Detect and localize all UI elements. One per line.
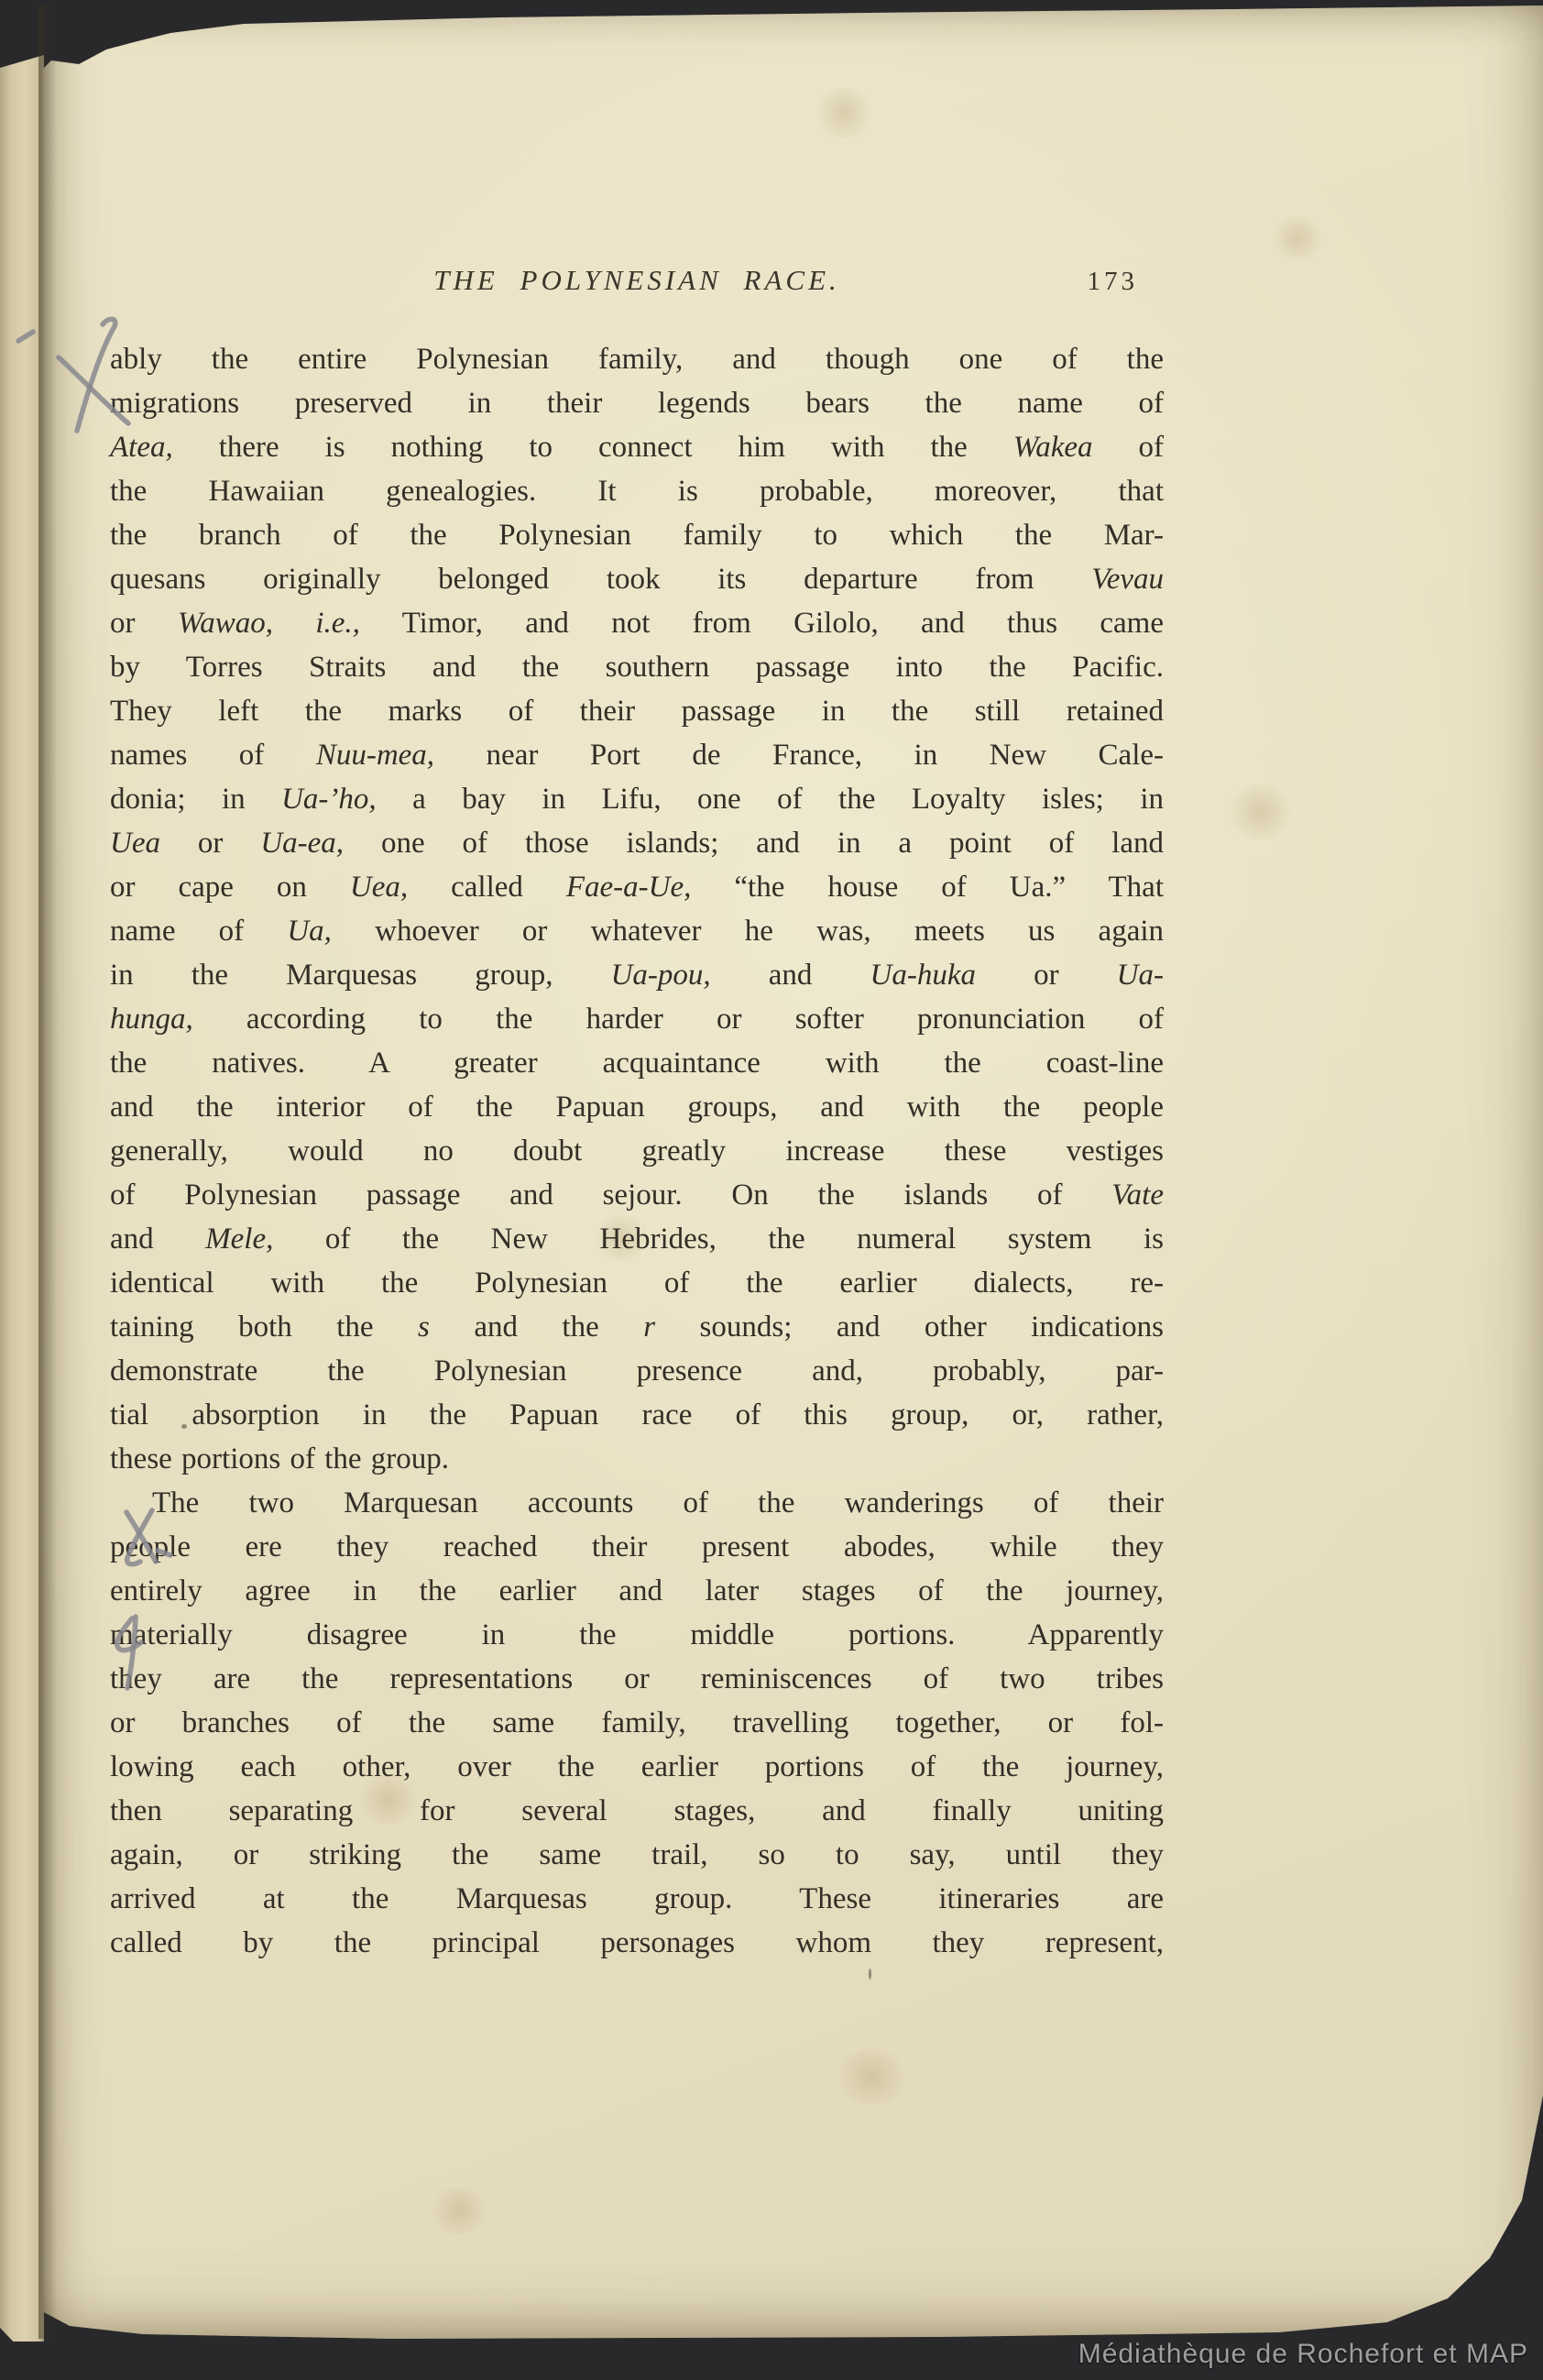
- italic-text: Ua-’ho,: [281, 783, 377, 816]
- text-line: name of Ua, whoever or whatever he was, …: [110, 909, 1164, 953]
- body-text: name of: [110, 915, 287, 948]
- body-text: they are the representations or reminisc…: [110, 1662, 1164, 1695]
- text-line: Atea, there is nothing to connect him wi…: [110, 425, 1164, 469]
- text-line: tial absorption in the Papuan race of th…: [110, 1393, 1164, 1437]
- body-text: donia; in: [110, 783, 281, 816]
- text-line: quesans originally belonged took its dep…: [110, 557, 1164, 601]
- text-line: they are the representations or reminisc…: [110, 1657, 1164, 1701]
- body-text: whoever or whatever he was, meets us aga…: [332, 915, 1164, 948]
- text-line: in the Marquesas group, Ua-pou, and Ua-h…: [110, 953, 1164, 997]
- paragraph: ably the entire Polynesian family, and t…: [110, 337, 1164, 1481]
- text-line: or Wawao, i.e., Timor, and not from Gilo…: [110, 601, 1164, 645]
- text-line: the natives. A greater acquaintance with…: [110, 1041, 1164, 1085]
- foxing-spot: [1270, 216, 1325, 260]
- body-text: then separating for several stages, and …: [110, 1794, 1164, 1827]
- body-text: of the New Hebrides, the numeral system …: [273, 1223, 1164, 1256]
- book-scan-photo: THE POLYNESIAN RACE. 173 ably the entire…: [0, 0, 1543, 2380]
- text-line: lowing each other, over the earlier port…: [110, 1745, 1164, 1789]
- text-line: identical with the Polynesian of the ear…: [110, 1261, 1164, 1305]
- body-text: by Torres Straits and the southern passa…: [110, 651, 1164, 684]
- text-line: donia; in Ua-’ho, a bay in Lifu, one of …: [110, 777, 1164, 821]
- stray-speck: [869, 1969, 871, 1980]
- italic-text: Wakea: [1013, 431, 1093, 464]
- body-text: called by the principal personages whom …: [110, 1926, 1164, 1959]
- body-text: arrived at the Marquesas group. These it…: [110, 1882, 1164, 1915]
- body-text: the Hawaiian genealogies. It is probable…: [110, 475, 1164, 508]
- body-text: names of: [110, 739, 316, 772]
- text-line: They left the marks of their passage in …: [110, 689, 1164, 733]
- italic-text: Ua-huka: [870, 959, 976, 992]
- text-line: again, or striking the same trail, so to…: [110, 1833, 1164, 1877]
- text-line: and Mele, of the New Hebrides, the numer…: [110, 1217, 1164, 1261]
- body-text: generally, would no doubt greatly increa…: [110, 1135, 1164, 1168]
- body-text: called: [408, 871, 566, 904]
- body-text: or cape on: [110, 871, 350, 904]
- italic-text: Ua-: [1117, 959, 1164, 992]
- text-line: by Torres Straits and the southern passa…: [110, 645, 1164, 689]
- foxing-spot: [427, 2187, 491, 2234]
- body-text: ably the entire Polynesian family, and t…: [110, 343, 1164, 376]
- body-text: or: [160, 827, 260, 860]
- italic-text: Fae-a-Ue,: [566, 871, 692, 904]
- body-text: entirely agree in the earlier and later …: [110, 1574, 1164, 1607]
- text-line: these portions of the group.: [110, 1437, 1164, 1481]
- body-text: the branch of the Polynesian family to w…: [110, 519, 1164, 552]
- text-line: names of Nuu-mea, near Port de France, i…: [110, 733, 1164, 777]
- body-text: the natives. A greater acquaintance with…: [110, 1047, 1164, 1080]
- body-text: people ere they reached their present ab…: [110, 1530, 1164, 1563]
- page-number: 173: [1088, 267, 1139, 297]
- body-text: of: [1093, 431, 1164, 464]
- italic-text: Vate: [1111, 1179, 1164, 1212]
- text-line: the branch of the Polynesian family to w…: [110, 513, 1164, 557]
- body-text: sounds; and other indications: [655, 1311, 1164, 1344]
- text-line: the Hawaiian genealogies. It is probable…: [110, 469, 1164, 513]
- text-line: then separating for several stages, and …: [110, 1789, 1164, 1833]
- body-text: materially disagree in the middle portio…: [110, 1618, 1164, 1651]
- italic-text: Uea: [110, 827, 160, 860]
- text-line: migrations preserved in their legends be…: [110, 381, 1164, 425]
- body-text: one of those islands; and in a point of …: [344, 827, 1164, 860]
- running-header: THE POLYNESIAN RACE. 173: [110, 264, 1164, 306]
- text-line: or branches of the same family, travelli…: [110, 1701, 1164, 1745]
- text-line: demonstrate the Polynesian presence and,…: [110, 1349, 1164, 1393]
- body-text: demonstrate the Polynesian presence and,…: [110, 1355, 1164, 1387]
- text-line: ably the entire Polynesian family, and t…: [110, 337, 1164, 381]
- text-line: of Polynesian passage and sejour. On the…: [110, 1173, 1164, 1217]
- text-line: called by the principal personages whom …: [110, 1921, 1164, 1965]
- text-line: or cape on Uea, called Fae-a-Ue, “the ho…: [110, 865, 1164, 909]
- body-text: quesans originally belonged took its dep…: [110, 563, 1091, 596]
- body-text: and: [110, 1223, 205, 1256]
- body-text: migrations preserved in their legends be…: [110, 387, 1164, 420]
- body-text: and the: [430, 1311, 643, 1344]
- italic-text: Nuu-mea,: [316, 739, 434, 772]
- italic-text: Vevau: [1091, 563, 1164, 596]
- foxing-spot: [1224, 784, 1297, 839]
- body-text: tial absorption in the Papuan race of th…: [110, 1398, 1164, 1431]
- body-text: identical with the Polynesian of the ear…: [110, 1267, 1164, 1300]
- italic-text: Ua-ea,: [260, 827, 344, 860]
- text-line: generally, would no doubt greatly increa…: [110, 1129, 1164, 1173]
- body-text: there is nothing to connect him with the: [173, 431, 1013, 464]
- italic-text: r: [643, 1311, 655, 1344]
- text-line: people ere they reached their present ab…: [110, 1525, 1164, 1569]
- italic-text: Atea,: [110, 431, 173, 464]
- body-text: again, or striking the same trail, so to…: [110, 1838, 1164, 1871]
- text-line: taining both the s and the r sounds; and…: [110, 1305, 1164, 1349]
- gutter-shadow: [38, 5, 57, 2339]
- foxing-spot: [830, 2049, 913, 2104]
- text-line: materially disagree in the middle portio…: [110, 1613, 1164, 1657]
- body-text: “the house of Ua.” That: [691, 871, 1164, 904]
- paragraph: The two Marquesan accounts of the wander…: [110, 1481, 1164, 1965]
- italic-text: Ua,: [287, 915, 332, 948]
- adjacent-page-edge: [0, 53, 44, 2342]
- watermark-label: Médiathèque de Rochefort et MAP: [1078, 2339, 1528, 2370]
- body-text: or: [110, 607, 178, 640]
- body-text: and the interior of the Papuan groups, a…: [110, 1091, 1164, 1124]
- body-text: lowing each other, over the earlier port…: [110, 1750, 1164, 1783]
- page-title: THE POLYNESIAN RACE.: [110, 264, 1164, 297]
- body-text: or: [976, 959, 1117, 992]
- italic-text: Wawao, i.e.,: [178, 607, 360, 640]
- text-line: arrived at the Marquesas group. These it…: [110, 1877, 1164, 1921]
- foxing-spot: [812, 88, 876, 138]
- body-text: near Port de France, in New Cale-: [434, 739, 1164, 772]
- body-text: Timor, and not from Gilolo, and thus cam…: [360, 607, 1164, 640]
- body-text: according to the harder or softer pronun…: [193, 1003, 1164, 1036]
- body-text: these portions of the group.: [110, 1442, 449, 1475]
- body-text: and: [711, 959, 870, 992]
- text-line: The two Marquesan accounts of the wander…: [110, 1481, 1164, 1525]
- body-text: They left the marks of their passage in …: [110, 695, 1164, 728]
- body-text: taining both the: [110, 1311, 418, 1344]
- text-line: and the interior of the Papuan groups, a…: [110, 1085, 1164, 1129]
- italic-text: Uea,: [350, 871, 408, 904]
- body-text: or branches of the same family, travelli…: [110, 1706, 1164, 1739]
- text-line: hunga, according to the harder or softer…: [110, 997, 1164, 1041]
- italic-text: Mele,: [205, 1223, 273, 1256]
- italic-text: Ua-pou,: [611, 959, 711, 992]
- text-line: entirely agree in the earlier and later …: [110, 1569, 1164, 1613]
- body-text: of Polynesian passage and sejour. On the…: [110, 1179, 1111, 1212]
- text-line: Uea or Ua-ea, one of those islands; and …: [110, 821, 1164, 865]
- body-text: The two Marquesan accounts of the wander…: [152, 1486, 1164, 1519]
- body-text: in the Marquesas group,: [110, 959, 611, 992]
- italic-text: hunga,: [110, 1003, 193, 1036]
- italic-text: s: [418, 1311, 430, 1344]
- body-text: a bay in Lifu, one of the Loyalty isles;…: [377, 783, 1164, 816]
- text-block: ably the entire Polynesian family, and t…: [110, 337, 1164, 1965]
